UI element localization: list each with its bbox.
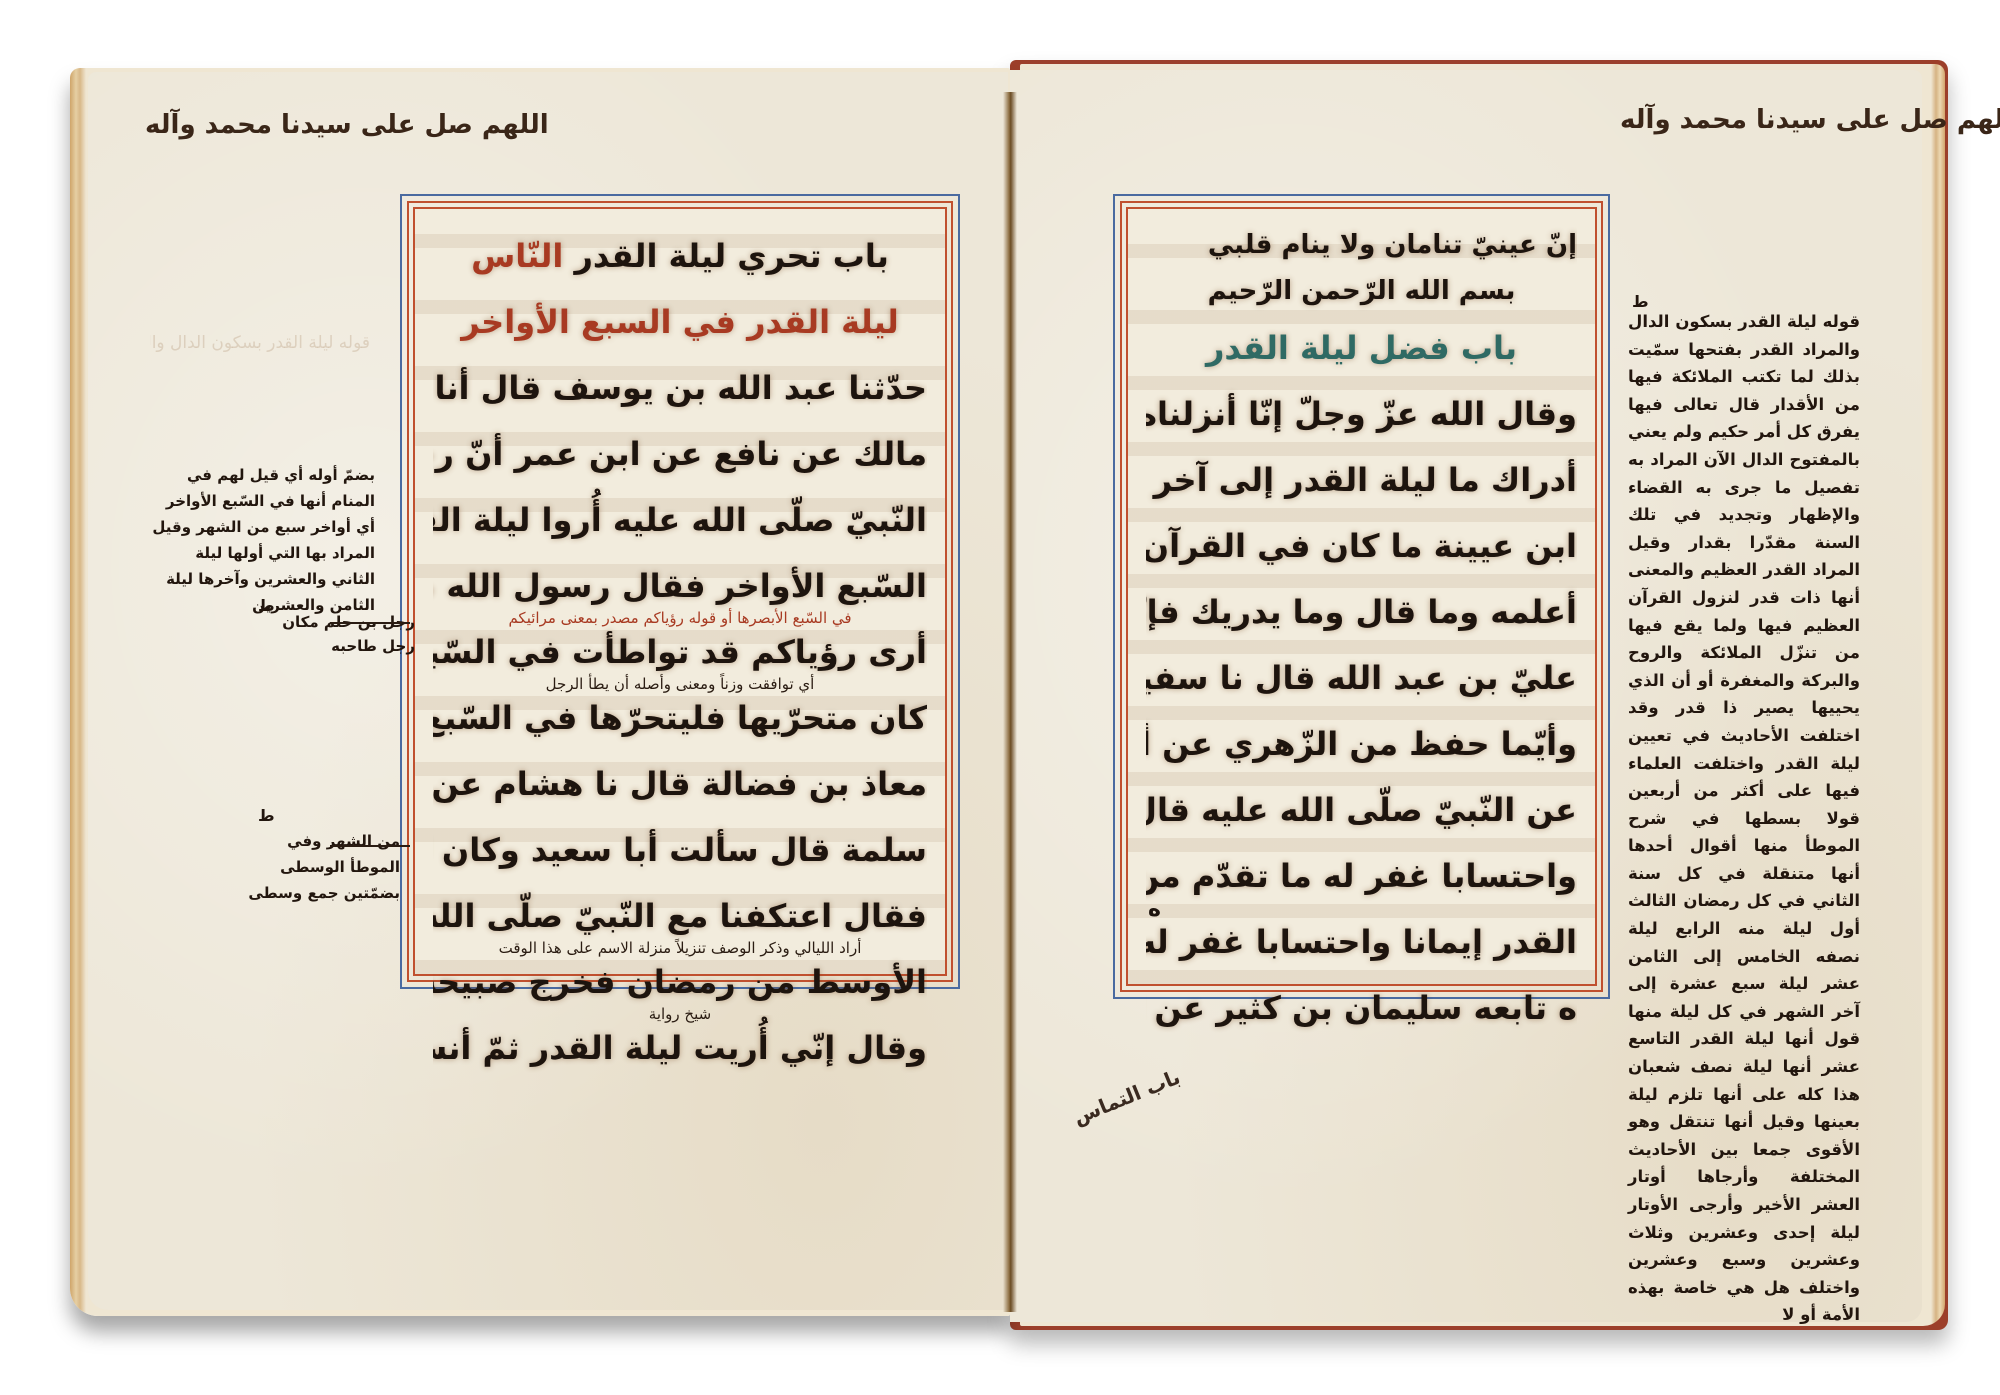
left-show-through-text: قوله ليلة القدر بسكون الدال والمراد القد… bbox=[150, 330, 370, 357]
left-margin-note-lower: من الشهر وفي الموطأ الوسطى بضمّتين جمع و… bbox=[240, 828, 400, 906]
text-line: كان متحرّيها فليتحرّها في السّبع الأواخر… bbox=[433, 685, 927, 751]
text-line: القدر إيمانا واحتسابا غفر له ما تقدّم من… bbox=[1146, 909, 1577, 975]
book-gutter bbox=[1003, 92, 1017, 1312]
text-line: عن النّبيّ صلّى الله عليه قال من صام رمض… bbox=[1146, 777, 1577, 843]
chapter-subheading: ليلة القدر في السبع الأواخر bbox=[433, 289, 927, 355]
left-text-frame: باب تحري ليلة القدر النّاس ليلة القدر في… bbox=[400, 194, 960, 989]
text-line: عليّ بن عبد الله قال نا سفيان قال حفظناه bbox=[1146, 645, 1577, 711]
text-line: معاذ بن فضالة قال نا هشام عن يحيى عن أبي bbox=[433, 751, 927, 817]
chapter-heading: باب فضل ليلة القدر bbox=[1146, 315, 1577, 381]
right-margin-commentary: قوله ليلة القدر بسكون الدال والمراد القد… bbox=[1628, 308, 1860, 1329]
text-line: واحتسابا غفر له ما تقدّم من ذنبه ومن قام… bbox=[1146, 843, 1577, 909]
open-manuscript: اللهم صل على سيدنا محمد وآله اللهم صل عل… bbox=[0, 0, 2000, 1395]
text-line: النّبيّ صلّى الله عليه أُروا ليلة القدر … bbox=[433, 487, 927, 553]
section-end-mark: ه bbox=[1148, 897, 1161, 922]
text-line: حدّثنا عبد الله بن يوسف قال أنا bbox=[433, 355, 927, 421]
right-text-frame: إنّ عينيّ تنامان ولا ينام قلبي بسم الله … bbox=[1113, 194, 1610, 999]
text-line: وقال الله عزّ وجلّ إنّا أنزلناه في ليلة … bbox=[1146, 381, 1577, 447]
text-line: مالك عن نافع عن ابن عمر أنّ رجالاً من أص… bbox=[433, 421, 927, 487]
basmala: بسم الله الرّحمن الرّحيم bbox=[1146, 267, 1577, 315]
text-line: أعلمه وما قال وما يدريك فإنّه لم يعلمه ن… bbox=[1146, 579, 1577, 645]
margin-signature: ط bbox=[258, 806, 275, 825]
left-main-text: باب تحري ليلة القدر النّاس ليلة القدر في… bbox=[413, 207, 947, 976]
margin-leader-line bbox=[330, 622, 410, 624]
text-line: وقال إنّي أُريت ليلة القدر ثمّ أنسيتها أ… bbox=[433, 1015, 927, 1081]
left-margin-note-upper: بضمّ أوله أي قيل لهم في المنام أنها في ا… bbox=[150, 462, 375, 618]
text-line: سلمة قال سألت أبا سعيد وكان لي صديقا bbox=[433, 817, 927, 883]
margin-leader-line bbox=[330, 845, 410, 847]
text-line: إنّ عينيّ تنامان ولا ينام قلبي bbox=[1146, 223, 1577, 267]
right-main-text: إنّ عينيّ تنامان ولا ينام قلبي بسم الله … bbox=[1126, 207, 1597, 986]
text-line: وأيّما حفظ من الزّهري عن أبي سلمة عن أبي… bbox=[1146, 711, 1577, 777]
text-line: ه تابعه سليمان بن كثير عن الزّهري bbox=[1146, 975, 1577, 1041]
left-running-head: اللهم صل على سيدنا محمد وآله bbox=[145, 110, 549, 140]
right-running-head: اللهم صل على سيدنا محمد وآله bbox=[1620, 105, 2000, 135]
chapter-heading: باب تحري ليلة القدر النّاس bbox=[433, 223, 927, 289]
left-margin-note-middle: رجل بن حلم مكان رجل طاحبه bbox=[265, 610, 415, 658]
text-line: ابن عيينة ما كان في القرآن وما أدراك فقد bbox=[1146, 513, 1577, 579]
text-line: أدراك ما ليلة القدر إلى آخر السّورة وقال bbox=[1146, 447, 1577, 513]
